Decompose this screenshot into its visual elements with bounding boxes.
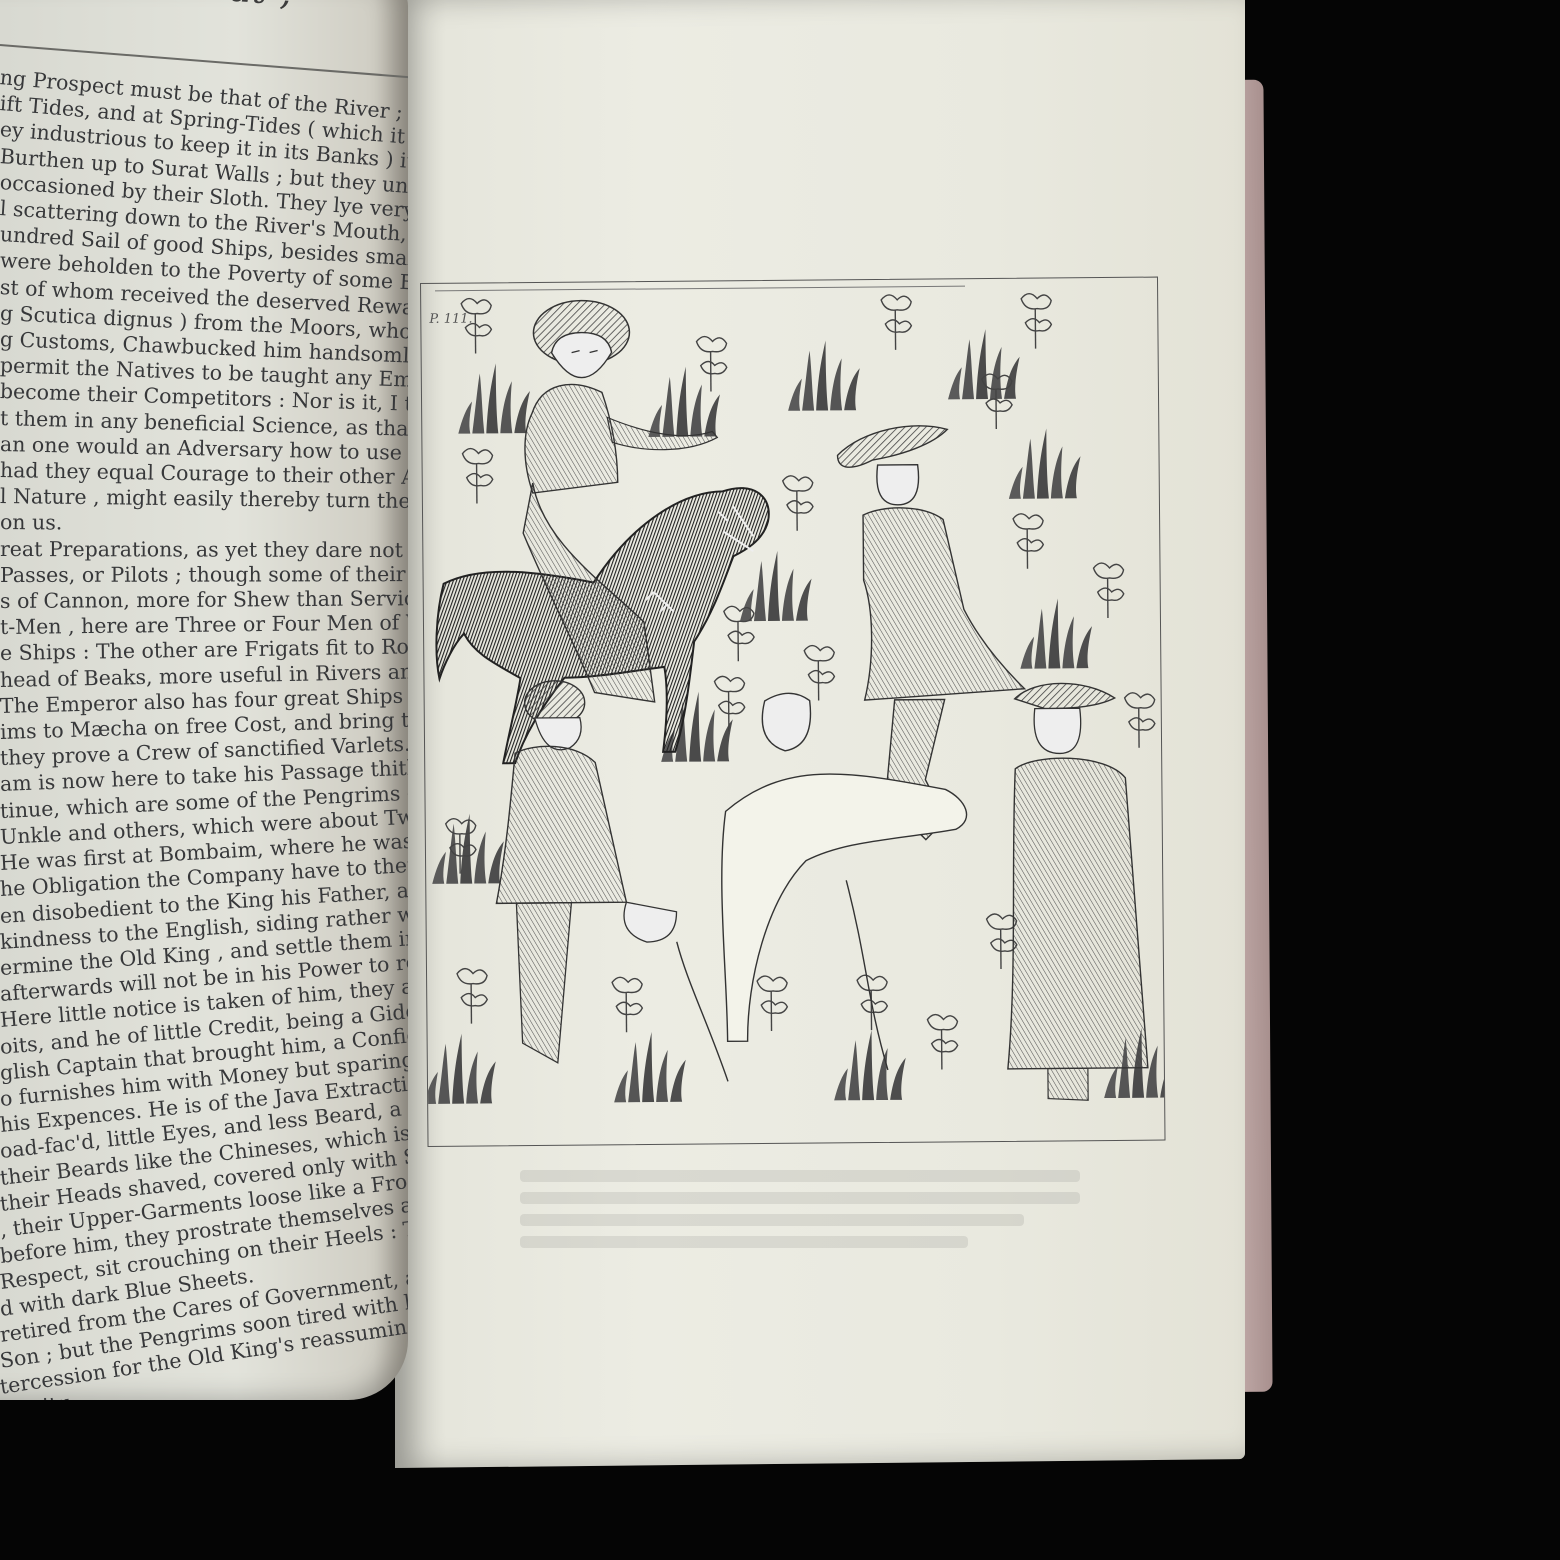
left-page-text: Descri ... urat , ng Prospect must be th… — [0, 0, 408, 1400]
book-photo: P. 111. — [0, 0, 1560, 1560]
offset-text-ghost — [520, 1160, 1080, 1320]
text-line: on us. — [0, 509, 408, 538]
engraving-illustration — [421, 278, 1164, 1146]
text-line: Passes, or Pilots ; though some of their… — [0, 561, 408, 588]
text-line: reat Preparations, as yet they dare not … — [0, 536, 408, 563]
body-text: ng Prospect must be that of the River ; … — [0, 64, 408, 1400]
engraved-plate: P. 111. — [420, 277, 1166, 1147]
running-head: Descri ... urat , — [1, 0, 383, 20]
